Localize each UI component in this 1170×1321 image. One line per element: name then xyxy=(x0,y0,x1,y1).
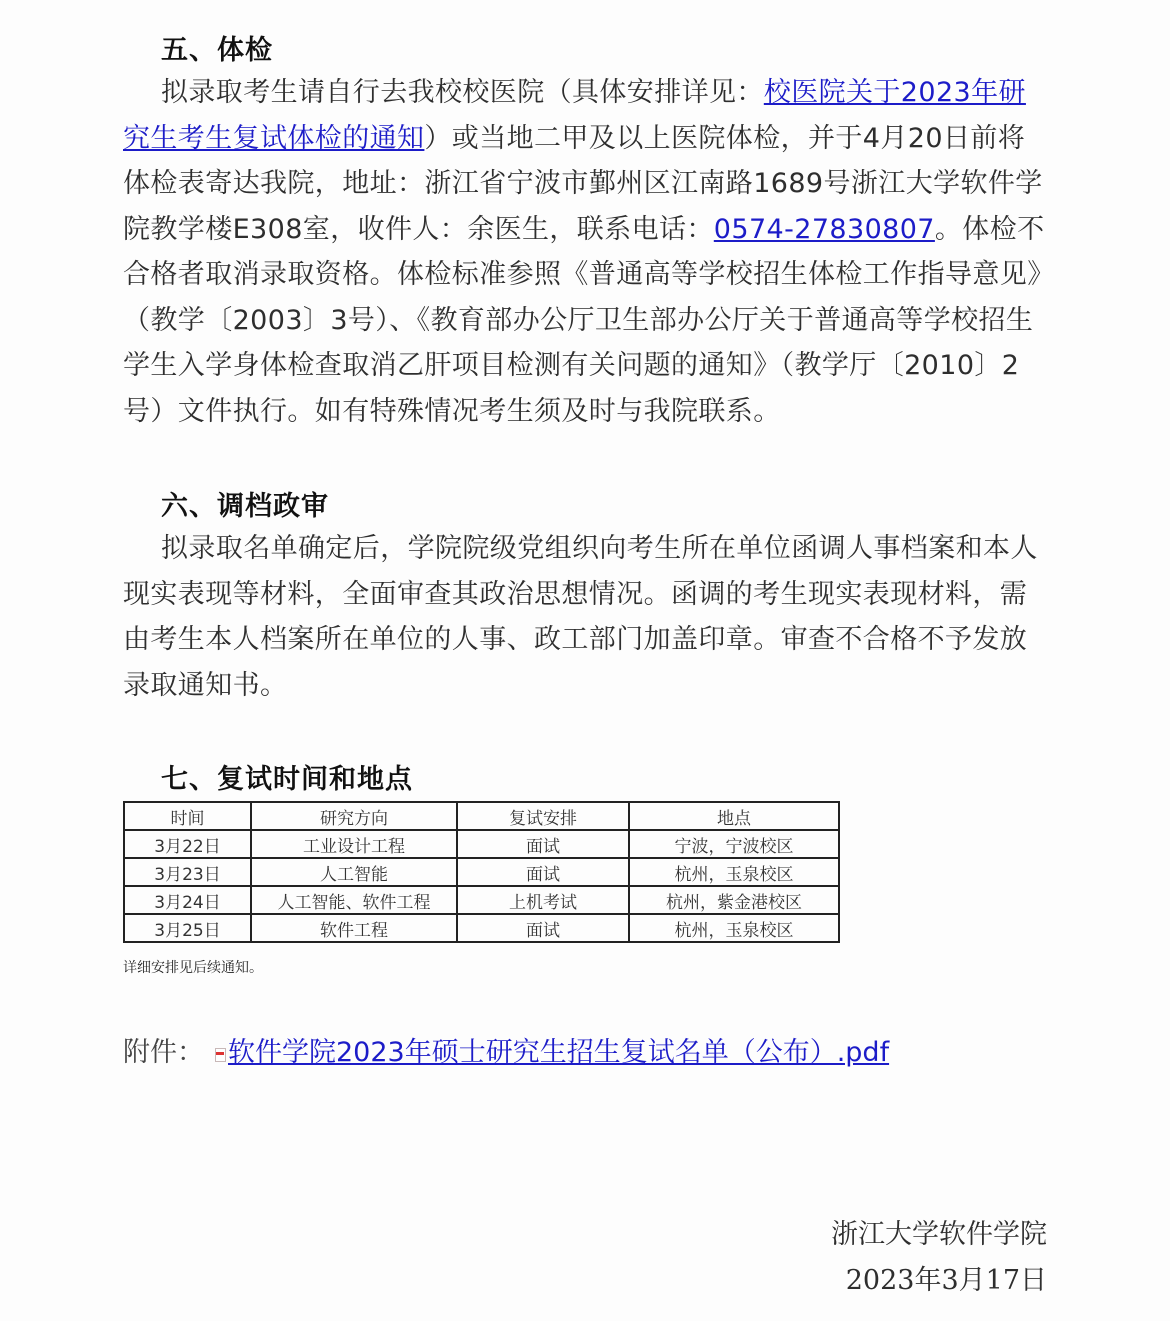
table-cell: 3月22日 xyxy=(124,830,251,858)
table-cell: 人工智能 xyxy=(251,858,457,886)
pdf-file-icon xyxy=(214,1045,226,1063)
section-heading-physical-exam: 五、体检 xyxy=(161,28,273,67)
table-cell: 面试 xyxy=(457,914,629,942)
table-cell: 人工智能、软件工程 xyxy=(251,886,457,914)
signature-date: 2023年3月17日 xyxy=(831,1258,1047,1304)
table-cell: 3月23日 xyxy=(124,858,251,886)
header-cell: 研究方向 xyxy=(251,802,457,830)
schedule-note: 详细安排见后续通知。 xyxy=(123,957,263,977)
table-cell: 杭州，紫金港校区 xyxy=(629,886,839,914)
header-cell: 地点 xyxy=(629,802,839,830)
table-cell: 面试 xyxy=(457,830,629,858)
table-cell: 工业设计工程 xyxy=(251,830,457,858)
schedule-table: 时间 研究方向 复试安排 地点 3月22日 工业设计工程 面试 宁波，宁波校区 … xyxy=(123,801,840,943)
table-cell: 杭州，玉泉校区 xyxy=(629,858,839,886)
paragraph-text: 拟录取考生请自行去我校校医院（具体安排详见： xyxy=(161,77,764,108)
header-cell: 时间 xyxy=(124,802,251,830)
signature-org: 浙江大学软件学院 xyxy=(831,1212,1047,1258)
table-row: 3月23日 人工智能 面试 杭州，玉泉校区 xyxy=(124,858,839,886)
phone-link[interactable]: 0574-27830807 xyxy=(714,214,935,245)
table-row: 3月24日 人工智能、软件工程 上机考试 杭州，紫金港校区 xyxy=(124,886,839,914)
signature-block: 浙江大学软件学院 2023年3月17日 xyxy=(831,1212,1047,1304)
attachment-row: 附件：软件学院2023年硕士研究生招生复试名单（公布）.pdf xyxy=(123,1030,889,1069)
attachment-pdf-link[interactable]: 软件学院2023年硕士研究生招生复试名单（公布）.pdf xyxy=(228,1037,889,1068)
table-cell: 杭州，玉泉校区 xyxy=(629,914,839,942)
table-cell: 宁波，宁波校区 xyxy=(629,830,839,858)
attachment-label: 附件： xyxy=(123,1037,204,1068)
table-cell: 软件工程 xyxy=(251,914,457,942)
header-cell: 复试安排 xyxy=(457,802,629,830)
physical-exam-paragraph: 拟录取考生请自行去我校校医院（具体安排详见：校医院关于2023年研究生考生复试体… xyxy=(123,70,1048,434)
table-cell: 3月25日 xyxy=(124,914,251,942)
table-cell: 面试 xyxy=(457,858,629,886)
table-row: 3月22日 工业设计工程 面试 宁波，宁波校区 xyxy=(124,830,839,858)
table-cell: 上机考试 xyxy=(457,886,629,914)
paragraph-text: 。体检不合格者取消录取资格。体检标准参照《普通高等学校招生体检工作指导意见》（教… xyxy=(123,214,1045,427)
section-heading-schedule: 七、复试时间和地点 xyxy=(161,757,413,796)
table-cell: 3月24日 xyxy=(124,886,251,914)
political-review-paragraph: 拟录取名单确定后，学院院级党组织向考生所在单位函调人事档案和本人现实表现等材料，… xyxy=(123,526,1048,708)
table-header-row: 时间 研究方向 复试安排 地点 xyxy=(124,802,839,830)
section-heading-political-review: 六、调档政审 xyxy=(161,484,329,523)
table-row: 3月25日 软件工程 面试 杭州，玉泉校区 xyxy=(124,914,839,942)
